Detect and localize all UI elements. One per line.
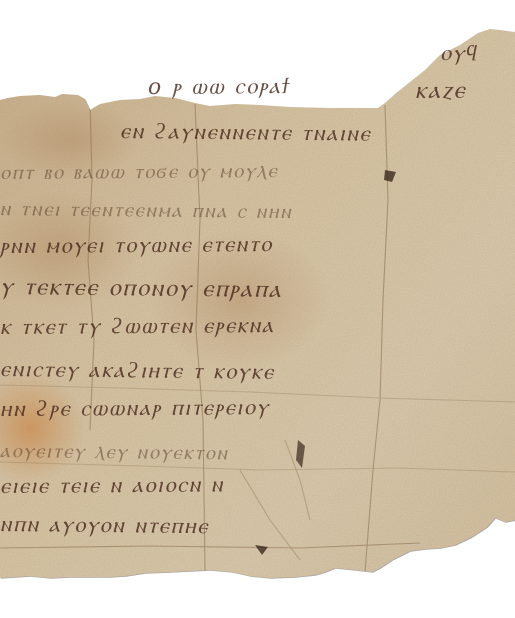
script-line: ⲟⲡⲧ ⲃⲟ ⲃⲁⲱⲱ ⲧⲟϭⲉ ⲟⲩ ⲙⲟⲩⲗⲉ <box>0 158 279 185</box>
script-line: ⲩ ⲧⲉⲕⲧⲉⲉ ⲟⲡⲟⲛⲟⲩ ⲉⲡⲣⲁⲡⲁ <box>0 272 283 303</box>
script-line: ⲉⲛ ϩⲁⲩⲛⲉⲛⲛⲉⲛⲧⲉ ⲧⲛⲁⲓⲛⲉ <box>120 118 372 147</box>
papyrus-photo: ο ⲣ ⲱⲱ ⲥⲟⲣⲁϯⲟⲩϥⲕⲁⲍⲉⲉⲛ ϩⲁⲩⲛⲉⲛⲛⲉⲛⲧⲉ ⲧⲛⲁⲓⲛⲉ… <box>0 0 515 618</box>
script-line: ⲏⲛ ϩⲣⲉ ⲥⲱⲱⲛⲁⲣ ⲡⲓⲧⲉⲣⲉⲓⲟⲩ <box>0 394 270 422</box>
script-line: ⲉⲛⲓⲥⲧⲉⲩ ⲁⲕⲁϩⲓⲏⲧⲉ ⲧ ⲕⲟⲩⲕⲉ <box>0 356 275 385</box>
script-line: ⲣⲛⲛ ⲙⲟⲩⲉⲓ ⲧⲟⲩⲱⲛⲉ ⲉⲧⲉⲛⲧⲟ <box>0 232 273 259</box>
script-line: ⲛ ⲧⲛⲉⲓ ⲧⲉⲉⲛⲧⲉⲉⲛⲙⲁ ⲡⲛⲁ ⲥ ⲛⲏⲛ <box>0 196 293 223</box>
script-line: ⲟⲩϥ <box>440 40 480 66</box>
script-line: ⲕⲁⲍⲉ <box>415 76 466 104</box>
script-line: ο ⲣ ⲱⲱ ⲥⲟⲣⲁϯ <box>148 73 291 100</box>
script-line: ⲉⲓⲉⲓⲉ ⲧⲉⲓⲉ ⲛ ⲁⲟⲓⲟⲥⲛ ⲛ <box>0 472 224 499</box>
script-line: ⲕ ⲧⲕⲉⲧ ⲧⲩ ϩⲱⲱⲧⲉⲛ ⲉⲣⲉⲕⲛⲁ <box>0 312 275 340</box>
script-line: ⲁⲟⲩⲉⲓⲧⲉⲩ ⲗⲉⲩ ⲛⲟⲩⲉⲕⲧⲟⲛ <box>0 438 229 464</box>
script-line: ⲛⲡⲛ ⲁⲩⲟⲩⲟⲛ ⲛⲧⲉⲡⲏⲉ <box>0 512 209 539</box>
